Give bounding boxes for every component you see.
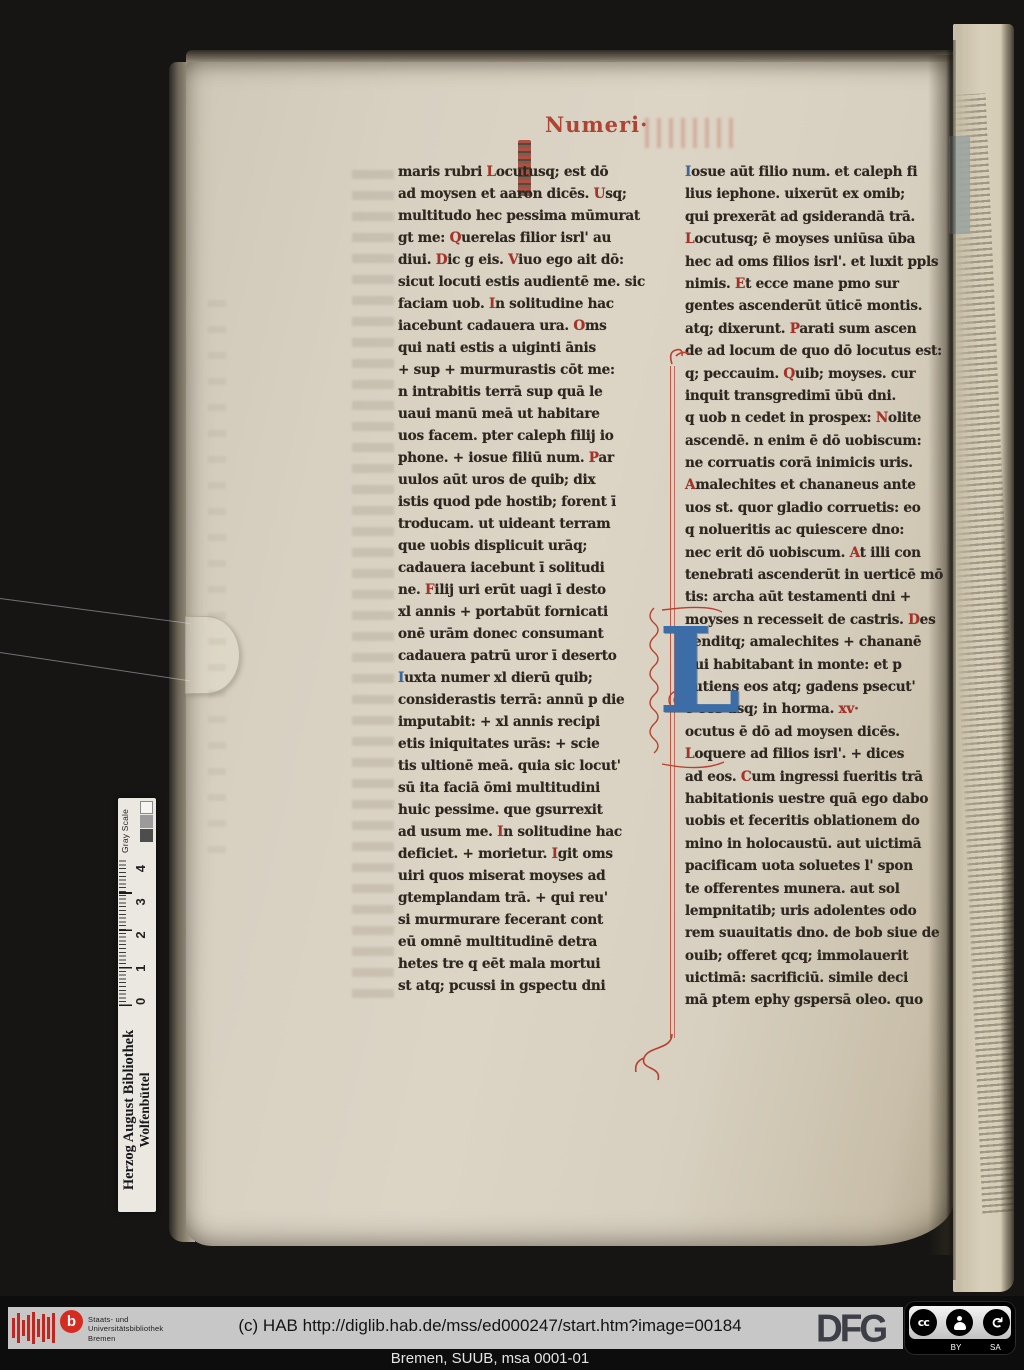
manuscript-text-line: gt me: Querelas filior isrl' au	[398, 230, 668, 252]
manuscript-text-line: multitudo hec pessima mūmurat	[398, 208, 668, 230]
digitized-manuscript-viewer: Numeri· maris rubri Locutusq; est dōad m…	[0, 0, 1024, 1370]
attribution-icon	[946, 1309, 973, 1336]
gray-patch-white	[140, 801, 153, 814]
manuscript-text-line: uos st. quor gladio corruetis: eo	[685, 500, 961, 522]
manuscript-text-line: n intrabitis terrā sup quā le	[398, 384, 668, 406]
gray-patch-dark	[140, 829, 153, 842]
manuscript-text-line: uiri quos miserat moyses ad	[398, 868, 668, 890]
sa-label: SA	[990, 1343, 1001, 1352]
manuscript-text-line: uos facem. pter caleph filij io	[398, 428, 668, 450]
manuscript-text-line: uictimā: sacrificiū. simile deci	[685, 970, 961, 992]
title-offset-ghost	[645, 118, 735, 148]
manuscript-text-line: ascendē. n enim ē dō uobiscum:	[685, 433, 961, 455]
manuscript-text-line: considerastis terrā: annū p die	[398, 692, 668, 714]
running-title: Numeri·	[545, 112, 648, 137]
scale-numbers: 0 1 2 3 4	[133, 862, 148, 1008]
manuscript-text-line: st atq; pcussi in gspectu dni	[398, 978, 668, 1000]
manuscript-text-line: habitationis uestre quā ego dabo	[685, 791, 961, 813]
manuscript-text-line: faciam uob. In solitudine hac	[398, 296, 668, 318]
manuscript-text-line: lempnitatib; uris adolentes odo	[685, 903, 961, 925]
manuscript-text-line: + sup + murmurastis cōt me:	[398, 362, 668, 384]
manuscript-text-line: uaui manū meā ut habitare	[398, 406, 668, 428]
ruler: Herzog August Bibliothek Wolfenbüttel 0 …	[118, 798, 156, 1212]
manuscript-text-line: qui nati estis a uiginti ānis	[398, 340, 668, 362]
manuscript-text-line: xl annis + portabūt fornicati	[398, 604, 668, 626]
rubric-flourish-top	[636, 342, 696, 378]
by-label: BY	[951, 1343, 962, 1352]
hab-library-label: Herzog August Bibliothek Wolfenbüttel	[118, 1008, 156, 1212]
manuscript-text-line: cadauera patrū uror ī deserto	[398, 648, 668, 670]
manuscript-text-line: Amalechites et chananeus ante	[685, 477, 961, 499]
manuscript-text-line: tenebrati ascenderūt in uerticē mō	[685, 567, 961, 589]
rubric-flourish-bottom	[632, 1034, 692, 1086]
manuscript-text-line: nec erit dō uobiscum. At illi con	[685, 545, 961, 567]
manuscript-text-line: lius iephone. uixerūt ex omib;	[685, 186, 961, 208]
gray-patch-mid	[140, 815, 153, 828]
manuscript-text-line: Locutusq; ē moyses uniūsa ūba	[685, 231, 961, 253]
manuscript-text-line: te offerentes munera. aut sol	[685, 881, 961, 903]
manuscript-text-line: imputabit: + xl annis recipi	[398, 714, 668, 736]
manuscript-text-line: rem suauitatis dno. de bob siue de	[685, 925, 961, 947]
manuscript-text-line: onē urām donec consumant	[398, 626, 668, 648]
manuscript-text-line: mā ptem ephy gspersā oleo. quo	[685, 992, 961, 1014]
cc-license-badge: cc ↻ · BY SA	[905, 1302, 1015, 1354]
dfg-logo: DFG	[816, 1307, 885, 1351]
manuscript-text-line: si murmurare fecerant cont	[398, 912, 668, 934]
manuscript-text-line: ad usum me. In solitudine hac	[398, 824, 668, 846]
manuscript-text-line: huic pessime. que gsurrexit	[398, 802, 668, 824]
manuscript-text-line: hetes tre q eēt mala mortui	[398, 956, 668, 978]
page-clip-arm	[0, 652, 190, 681]
manuscript-text-line: phone. + iosue filiū num. Par	[398, 450, 668, 472]
manuscript-text-line: etis iniquitates urās: + scie	[398, 736, 668, 758]
bleed-through-text	[352, 170, 394, 998]
manuscript-text-line: iacebunt cadauera ura. Oms	[398, 318, 668, 340]
manuscript-text-line: troducam. ut uideant terram	[398, 516, 668, 538]
suub-org-name: Staats- und Universitätsbibliothek Breme…	[88, 1315, 163, 1343]
manuscript-text-line: istis quod pde hostib; forent ī	[398, 494, 668, 516]
manuscript-text-line: de ad locum de quo dō locutus est:	[685, 343, 961, 365]
text-column-left: maris rubri Locutusq; est dōad moysen et…	[398, 164, 668, 1000]
manuscript-text-line: q uob n cedet in prospex: Nolite	[685, 410, 961, 432]
manuscript-text-line: eū omnē multitudinē detra	[398, 934, 668, 956]
manuscript-text-line: cadauera iacebunt ī solitudi	[398, 560, 668, 582]
manuscript-text-line: sū ita faciā ōmi multitudini	[398, 780, 668, 802]
manuscript-text-line: que uobis displicuit urāq;	[398, 538, 668, 560]
text-column-right: Iosue aūt filio num. et caleph filius ie…	[685, 164, 961, 1015]
manuscript-text-line: uobis et feceritis oblationem do	[685, 813, 961, 835]
manuscript-text-line: hec ad oms filios isrl'. et luxit ppls	[685, 254, 961, 276]
gray-scale-patches: Gray Scale	[118, 798, 156, 856]
manuscript-text-line: gentes ascenderūt ūticē montis.	[685, 298, 961, 320]
illuminated-initial: L	[658, 612, 741, 730]
manuscript-text-line: atq; dixerunt. Parati sum ascen	[685, 321, 961, 343]
cm-scale: 0 1 2 3 4	[118, 856, 156, 1008]
manuscript-text-line: gtemplandam trā. + qui reu'	[398, 890, 668, 912]
manuscript-text-line: nimis. Et ecce mane pmo sur	[685, 276, 961, 298]
cc-icon: cc	[910, 1309, 937, 1336]
manuscript-text-line: qui prexerāt ad gsiderandā trā.	[685, 209, 961, 231]
manuscript-text-line: mino in holocaustū. aut uictimā	[685, 836, 961, 858]
manuscript-text-line: maris rubri Locutusq; est dō	[398, 164, 668, 186]
manuscript-text-line: Iuxta numer xl dierū quib;	[398, 670, 668, 692]
manuscript-text-line: sicut locuti estis audientē me. sic	[398, 274, 668, 296]
manuscript-text-line: ad moysen et aaron dicēs. Usq;	[398, 186, 668, 208]
manuscript-text-line: q; peccauim. Quib; moyses. cur	[685, 366, 961, 388]
page-clip-arm	[0, 598, 190, 624]
suub-logo: b	[60, 1310, 83, 1333]
manuscript-text-line: pacificam uota soluetes l' spon	[685, 858, 961, 880]
manuscript-text-line: uulos aūt uros de quib; dix	[398, 472, 668, 494]
manuscript-text-line: ne corruatis corā inimicis uris.	[685, 455, 961, 477]
manuscript-text-line: Iosue aūt filio num. et caleph fi	[685, 164, 961, 186]
manuscript-text-line: q nolueritis ac quiescere dno:	[685, 522, 961, 544]
share-alike-icon: ↻	[983, 1309, 1010, 1336]
manuscript-text-line: deficiet. + morietur. Igit oms	[398, 846, 668, 868]
bleed-through-text	[208, 300, 226, 860]
manuscript-text-line: ne. Filij uri erūt uagi ī desto	[398, 582, 668, 604]
manuscript-text-line: diui. Dic g eis. Viuo ego ait dō:	[398, 252, 668, 274]
suub-barcode-icon	[12, 1312, 58, 1344]
copyright-text: (c) HAB http://diglib.hab.de/mss/ed00024…	[180, 1316, 800, 1336]
manuscript-text-line: tis ultionē meā. quia sic locut'	[398, 758, 668, 780]
shelfmark-caption: Bremen, SUUB, msa 0001-01	[180, 1350, 800, 1367]
manuscript-text-line: inquit transgredimī ūbū dni.	[685, 388, 961, 410]
manuscript-text-line: ouib; offeret qcq; immolauerit	[685, 948, 961, 970]
